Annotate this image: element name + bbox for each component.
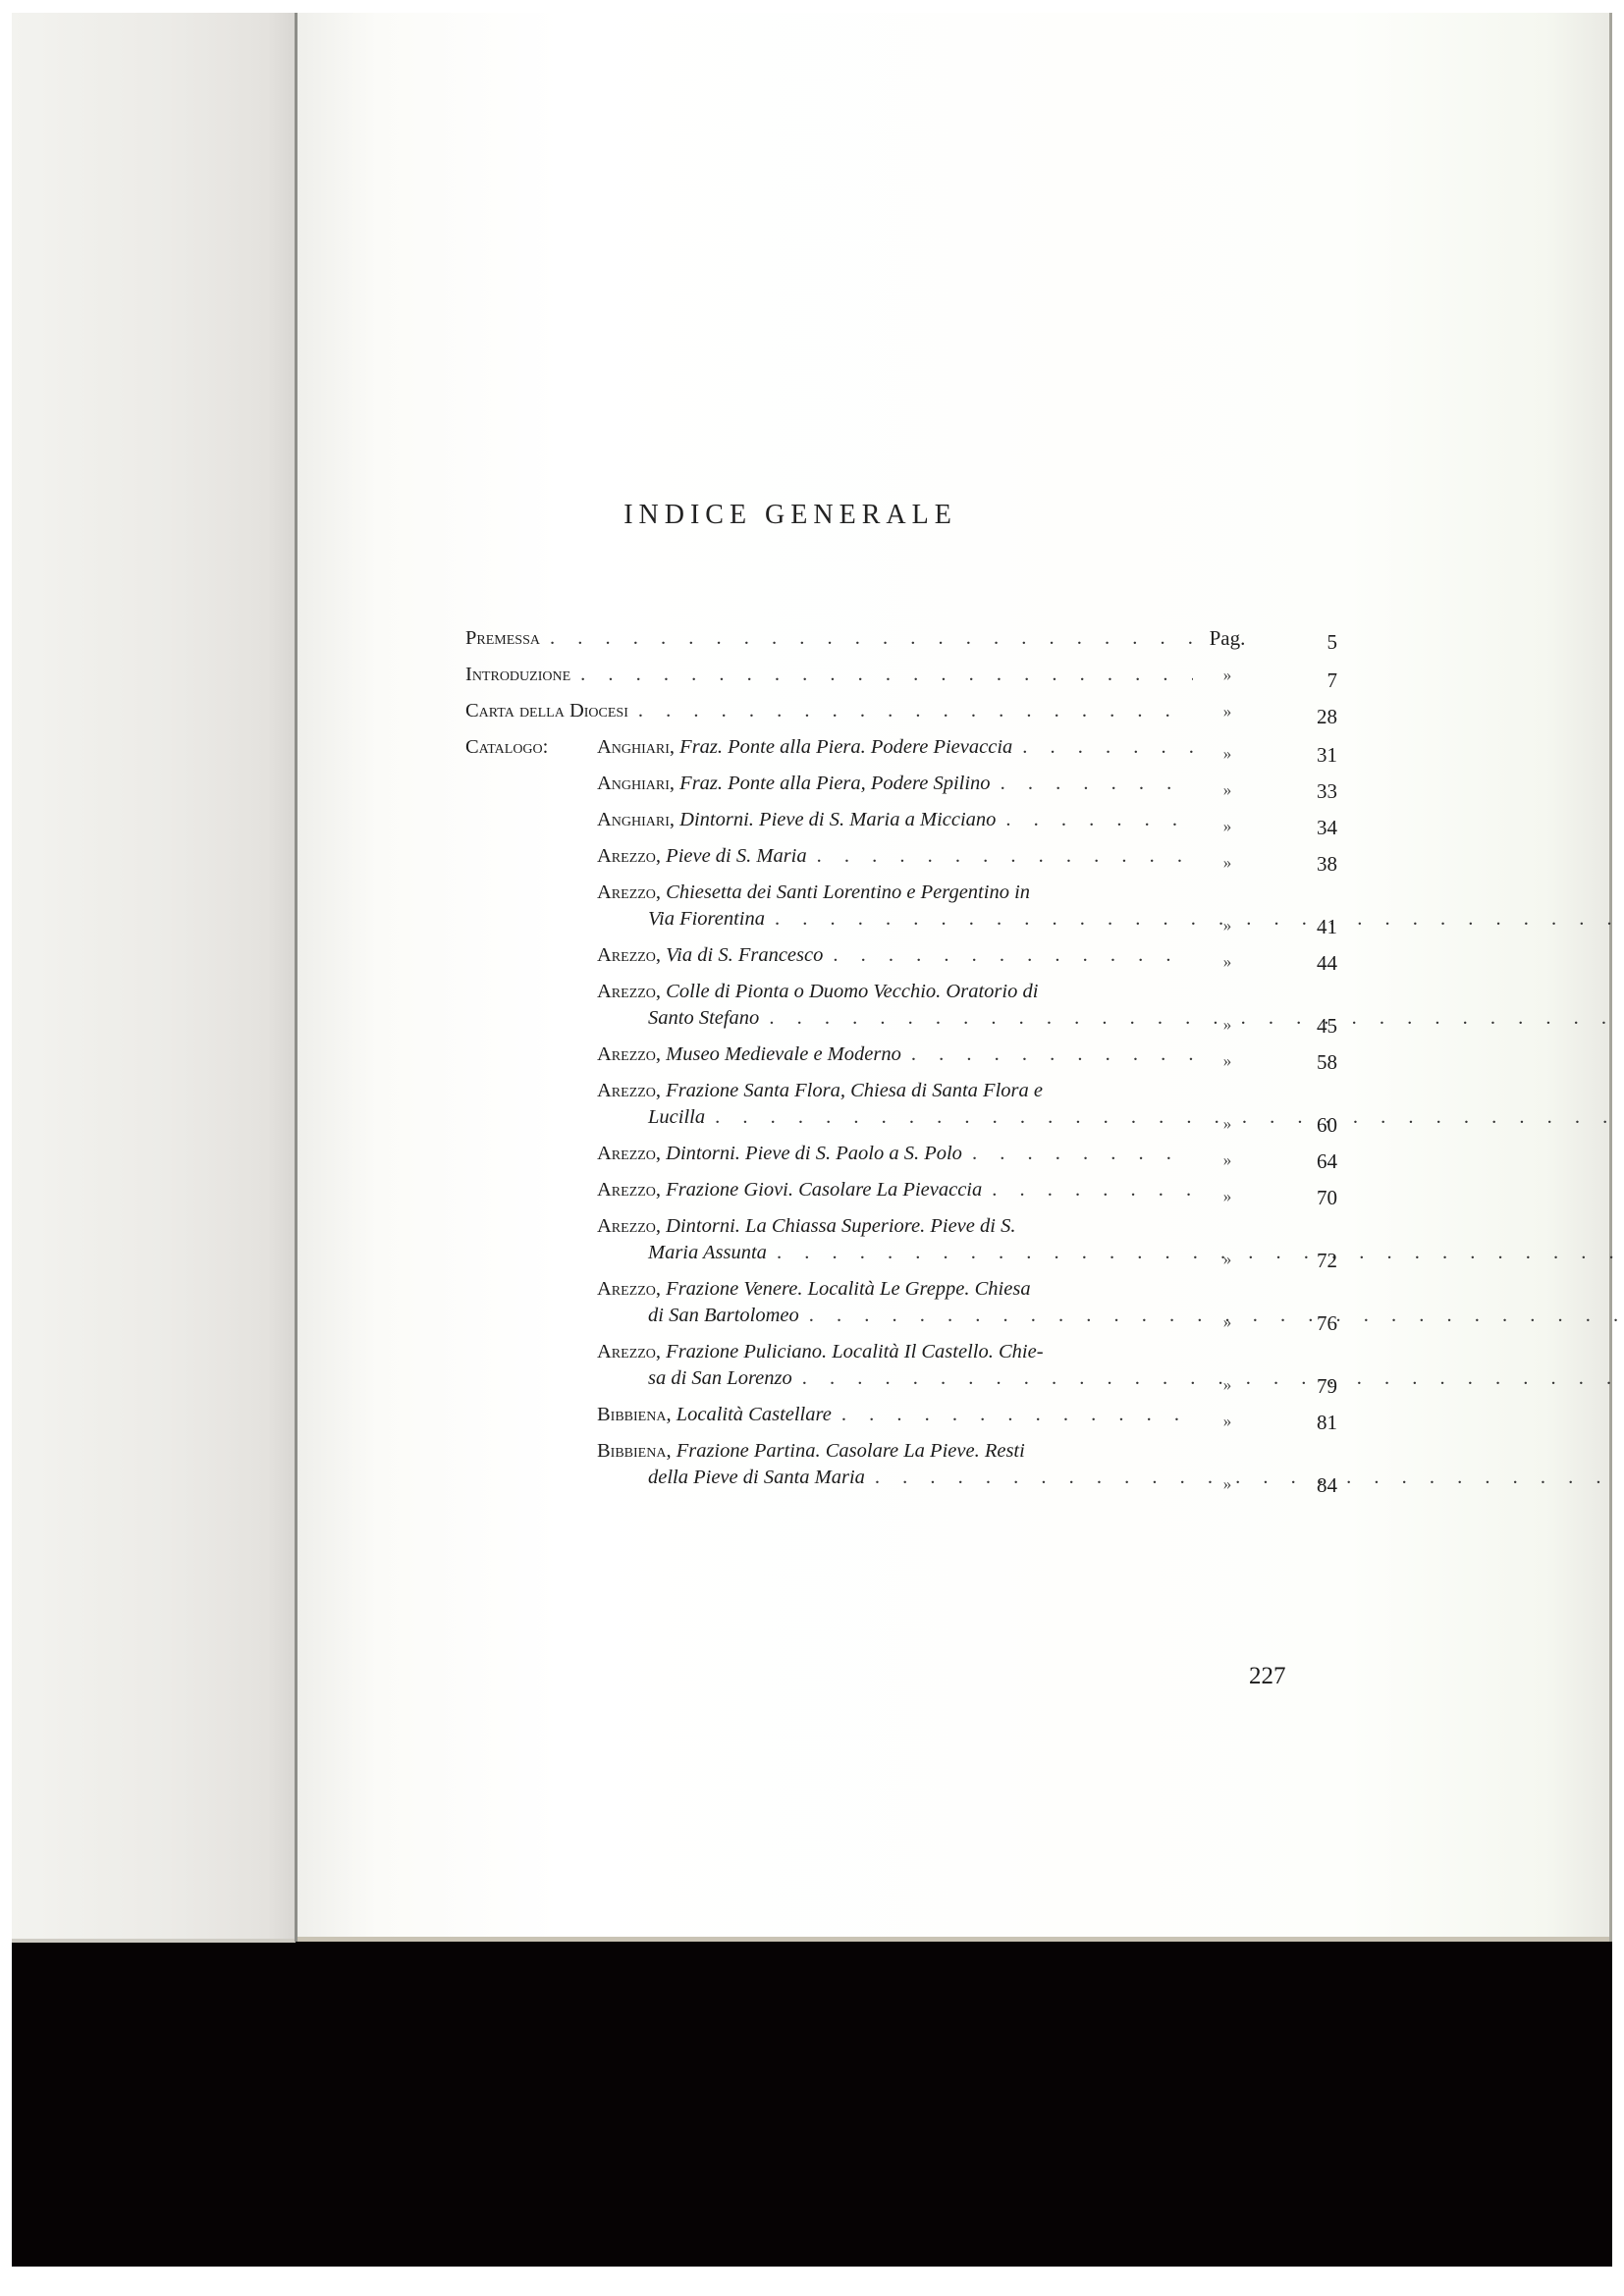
toc-entry[interactable]: Bibbiena, Frazione Partina. Casolare La … xyxy=(465,1438,1337,1491)
toc-entry[interactable]: Arezzo, Colle di Pionta o Duomo Vecchio.… xyxy=(465,979,1337,1032)
place-name: Bibbiena, xyxy=(597,1404,677,1425)
dot-leader: . . . . . . . . . . . . . . . . . . . . … xyxy=(540,625,1193,652)
toc-entry[interactable]: Introduzione. . . . . . . . . . . . . . … xyxy=(465,662,1337,688)
entry-line: Arezzo, Museo Medievale e Moderno. . . .… xyxy=(597,1041,1193,1068)
entry-line: Maria Assunta. . . . . . . . . . . . . .… xyxy=(597,1240,1193,1266)
entry-description: Dintorni. Pieve di S. Paolo a S. Polo xyxy=(666,1143,962,1164)
toc-entry-title: Bibbiena, Frazione Partina. Casolare La … xyxy=(465,1438,1193,1491)
dot-leader: . . . . . . . . . . . . . . . . . . . . … xyxy=(962,1141,1193,1167)
entry-description: Museo Medievale e Moderno xyxy=(666,1043,901,1065)
toc-entry[interactable]: Arezzo, Frazione Puliciano. Località Il … xyxy=(465,1339,1337,1392)
toc-entry-title: Anghiari, Dintorni. Pieve di S. Maria a … xyxy=(465,807,1193,833)
place-name: Arezzo, xyxy=(597,944,666,966)
toc-entry[interactable]: Catalogo:Anghiari, Fraz. Ponte alla Pier… xyxy=(465,734,1337,761)
entry-description: Località Castellare xyxy=(677,1404,832,1425)
page-ref: 79 xyxy=(1262,1373,1337,1400)
toc-entry[interactable]: Arezzo, Pieve di S. Maria. . . . . . . .… xyxy=(465,843,1337,870)
entry-line: Arezzo, Frazione Santa Flora, Chiesa di … xyxy=(597,1078,1193,1104)
toc-entry[interactable]: Premessa. . . . . . . . . . . . . . . . … xyxy=(465,625,1337,652)
page-ref: 44 xyxy=(1262,950,1337,977)
page-ref: 5 xyxy=(1262,629,1337,656)
place-name: Arezzo, xyxy=(597,1080,666,1101)
entry-text: Lucilla xyxy=(648,1106,705,1128)
dot-leader: . . . . . . . . . . . . . . . . . . . . … xyxy=(991,771,1193,797)
ditto-mark: » xyxy=(1193,1308,1262,1335)
ditto-mark: » xyxy=(1193,912,1262,938)
entry-description: Frazione Giovi. Casolare La Pievaccia xyxy=(666,1179,982,1201)
entry-line: Carta della Diocesi. . . . . . . . . . .… xyxy=(465,698,1193,724)
entry-description: Via di S. Francesco xyxy=(666,944,823,966)
entry-description-cont: Santo Stefano xyxy=(648,1007,759,1029)
place-name: Anghiari, xyxy=(597,809,679,830)
toc-entry-title: Arezzo, Frazione Santa Flora, Chiesa di … xyxy=(465,1078,1193,1131)
toc-entry[interactable]: Arezzo, Dintorni. Pieve di S. Paolo a S.… xyxy=(465,1141,1337,1167)
entry-line: di San Bartolomeo. . . . . . . . . . . .… xyxy=(597,1303,1193,1329)
entry-description-cont: Lucilla xyxy=(648,1106,705,1128)
toc-entry-title: Anghiari, Fraz. Ponte alla Piera, Podere… xyxy=(465,771,1193,797)
page-ref: 33 xyxy=(1262,778,1337,805)
entry-line: Via Fiorentina. . . . . . . . . . . . . … xyxy=(597,906,1193,933)
place-name: Arezzo, xyxy=(597,845,666,867)
dot-leader: . . . . . . . . . . . . . . . . . . . . … xyxy=(832,1402,1193,1428)
entry-line: Arezzo, Dintorni. La Chiassa Superiore. … xyxy=(597,1213,1193,1240)
entry-line: Arezzo, Frazione Giovi. Casolare La Piev… xyxy=(597,1177,1193,1203)
entry-line: Arezzo, Frazione Venere. Località Le Gre… xyxy=(597,1276,1193,1303)
toc-entry[interactable]: Arezzo, Chiesetta dei Santi Lorentino e … xyxy=(465,880,1337,933)
page-ref: 45 xyxy=(1262,1013,1337,1040)
ditto-mark: » xyxy=(1193,1408,1262,1434)
entry-line: Bibbiena, Frazione Partina. Casolare La … xyxy=(597,1438,1193,1465)
dot-leader: . . . . . . . . . . . . . . . . . . . . … xyxy=(807,843,1193,870)
entry-text: Via Fiorentina xyxy=(648,908,765,930)
toc-entry-title: Arezzo, Dintorni. La Chiassa Superiore. … xyxy=(465,1213,1193,1266)
entry-text: sa di San Lorenzo xyxy=(648,1367,792,1389)
page-ref: 38 xyxy=(1262,851,1337,878)
place-name: Anghiari, xyxy=(597,773,679,794)
place-name: Anghiari, xyxy=(597,736,679,758)
entry-text: Arezzo, Museo Medievale e Moderno xyxy=(597,1041,901,1068)
entry-line: Arezzo, Via di S. Francesco. . . . . . .… xyxy=(597,942,1193,969)
entry-line: Bibbiena, Località Castellare. . . . . .… xyxy=(597,1402,1193,1428)
page-ref: 72 xyxy=(1262,1248,1337,1274)
toc-entry-title: Arezzo, Colle di Pionta o Duomo Vecchio.… xyxy=(465,979,1193,1032)
dot-leader: . . . . . . . . . . . . . . . . . . . . … xyxy=(628,698,1193,724)
place-name: Arezzo, xyxy=(597,1215,666,1237)
entry-description-cont: della Pieve di Santa Maria xyxy=(648,1467,865,1488)
entry-line: Anghiari, Fraz. Ponte alla Piera. Podere… xyxy=(597,734,1193,761)
entry-text: Anghiari, Dintorni. Pieve di S. Maria a … xyxy=(597,807,996,833)
entry-text: di San Bartolomeo xyxy=(648,1305,799,1326)
page-ref: 31 xyxy=(1262,742,1337,769)
place-name: Arezzo, xyxy=(597,1341,666,1362)
ditto-mark: » xyxy=(1193,1371,1262,1398)
entry-text: Anghiari, Fraz. Ponte alla Piera. Podere… xyxy=(597,734,1012,761)
scanner-background xyxy=(12,1943,1612,2267)
toc-entry[interactable]: Arezzo, Museo Medievale e Moderno. . . .… xyxy=(465,1041,1337,1068)
ditto-mark: » xyxy=(1193,1183,1262,1209)
place-name: Bibbiena, xyxy=(597,1440,677,1462)
page-number: 227 xyxy=(1249,1663,1286,1690)
dot-leader: . . . . . . . . . . . . . . . . . . . . … xyxy=(570,662,1193,688)
ditto-mark: » xyxy=(1193,1047,1262,1074)
entry-line: Arezzo, Colle di Pionta o Duomo Vecchio.… xyxy=(597,979,1193,1005)
section-name: Carta della Diocesi xyxy=(465,700,628,721)
toc-entry-title: Arezzo, Chiesetta dei Santi Lorentino e … xyxy=(465,880,1193,933)
page-ref: 60 xyxy=(1262,1112,1337,1139)
page-ref: 81 xyxy=(1262,1410,1337,1436)
pag-label: Pag. xyxy=(1193,625,1262,652)
toc-entry[interactable]: Anghiari, Fraz. Ponte alla Piera, Podere… xyxy=(465,771,1337,797)
entry-line: Premessa. . . . . . . . . . . . . . . . … xyxy=(465,625,1193,652)
place-name: Arezzo, xyxy=(597,1278,666,1300)
page-ref: 28 xyxy=(1262,704,1337,730)
place-name: Arezzo, xyxy=(597,1179,666,1201)
toc-entry-title: Premessa. . . . . . . . . . . . . . . . … xyxy=(465,625,1193,652)
entry-description: Frazione Puliciano. Località Il Castello… xyxy=(666,1341,1043,1362)
toc-entry-title: Introduzione. . . . . . . . . . . . . . … xyxy=(465,662,1193,688)
place-name: Arezzo, xyxy=(597,1043,666,1065)
entry-line: Santo Stefano. . . . . . . . . . . . . .… xyxy=(597,1005,1193,1032)
entry-text: Introduzione xyxy=(465,662,570,688)
entry-text: Santo Stefano xyxy=(648,1007,759,1029)
page-edge xyxy=(1609,13,1612,1942)
place-name: Arezzo, xyxy=(597,981,666,1002)
dot-leader: . . . . . . . . . . . . . . . . . . . . … xyxy=(996,807,1193,833)
dot-leader: . . . . . . . . . . . . . . . . . . . . … xyxy=(759,1007,1624,1029)
ditto-mark: » xyxy=(1193,698,1262,724)
page-ref: 84 xyxy=(1262,1472,1337,1499)
page-ref: 76 xyxy=(1262,1310,1337,1337)
left-page-edge xyxy=(12,13,296,1943)
toc-entry-title: Arezzo, Pieve di S. Maria. . . . . . . .… xyxy=(465,843,1193,870)
page-ref: 70 xyxy=(1262,1185,1337,1211)
entry-description: Colle di Pionta o Duomo Vecchio. Oratori… xyxy=(666,981,1038,1002)
section-name: Introduzione xyxy=(465,664,570,685)
ditto-mark: » xyxy=(1193,1246,1262,1272)
entry-text: Arezzo, Dintorni. Pieve di S. Paolo a S.… xyxy=(597,1141,962,1167)
dot-leader: . . . . . . . . . . . . . . . . . . . . … xyxy=(1012,734,1193,761)
dot-leader: . . . . . . . . . . . . . . . . . . . . … xyxy=(982,1177,1193,1203)
dot-leader: . . . . . . . . . . . . . . . . . . . . … xyxy=(823,942,1193,969)
ditto-mark: » xyxy=(1193,776,1262,803)
ditto-mark: » xyxy=(1193,813,1262,839)
entry-line: Lucilla. . . . . . . . . . . . . . . . .… xyxy=(597,1104,1193,1131)
entry-line: Anghiari, Fraz. Ponte alla Piera, Podere… xyxy=(597,771,1193,797)
page-ref: 64 xyxy=(1262,1148,1337,1175)
toc-entry-title: Arezzo, Dintorni. Pieve di S. Paolo a S.… xyxy=(465,1141,1193,1167)
toc-entry-title: Arezzo, Museo Medievale e Moderno. . . .… xyxy=(465,1041,1193,1068)
toc-entry-title: Arezzo, Frazione Puliciano. Località Il … xyxy=(465,1339,1193,1392)
page-ref: 34 xyxy=(1262,815,1337,841)
toc-entry[interactable]: Carta della Diocesi. . . . . . . . . . .… xyxy=(465,698,1337,724)
entry-text: Arezzo, Pieve di S. Maria xyxy=(597,843,807,870)
entry-description-cont: sa di San Lorenzo xyxy=(648,1367,792,1389)
entry-description: Frazione Venere. Località Le Greppe. Chi… xyxy=(666,1278,1030,1300)
entry-description: Fraz. Ponte alla Piera. Podere Pievaccia xyxy=(679,736,1012,758)
section-name: Premessa xyxy=(465,627,540,649)
ditto-mark: » xyxy=(1193,1470,1262,1497)
table-of-contents: Premessa. . . . . . . . . . . . . . . . … xyxy=(465,625,1337,1501)
entry-text: Arezzo, Via di S. Francesco xyxy=(597,942,823,969)
entry-line: Arezzo, Chiesetta dei Santi Lorentino e … xyxy=(597,880,1193,906)
dot-leader: . . . . . . . . . . . . . . . . . . . . … xyxy=(901,1041,1193,1068)
page-ref: 41 xyxy=(1262,914,1337,940)
place-name: Arezzo, xyxy=(597,1143,666,1164)
ditto-mark: » xyxy=(1193,1011,1262,1038)
page-ref: 7 xyxy=(1262,667,1337,694)
toc-entry-title: Bibbiena, Località Castellare. . . . . .… xyxy=(465,1402,1193,1428)
entry-text: Maria Assunta xyxy=(648,1242,767,1263)
toc-entry[interactable]: Anghiari, Dintorni. Pieve di S. Maria a … xyxy=(465,807,1337,833)
page-ref: 58 xyxy=(1262,1049,1337,1076)
ditto-mark: » xyxy=(1193,849,1262,876)
entry-text: Carta della Diocesi xyxy=(465,698,628,724)
entry-text: Arezzo, Frazione Giovi. Casolare La Piev… xyxy=(597,1177,982,1203)
toc-entry-title: Arezzo, Frazione Venere. Località Le Gre… xyxy=(465,1276,1193,1329)
entry-description: Frazione Partina. Casolare La Pieve. Res… xyxy=(677,1440,1025,1462)
entry-description: Dintorni. La Chiassa Superiore. Pieve di… xyxy=(666,1215,1015,1237)
entry-line: Arezzo, Pieve di S. Maria. . . . . . . .… xyxy=(597,843,1193,870)
toc-entry-title: Anghiari, Fraz. Ponte alla Piera. Podere… xyxy=(465,734,1193,761)
entry-description: Fraz. Ponte alla Piera, Podere Spilino xyxy=(679,773,990,794)
ditto-mark: » xyxy=(1193,1147,1262,1173)
dot-leader: . . . . . . . . . . . . . . . . . . . . … xyxy=(705,1106,1624,1128)
ditto-mark: » xyxy=(1193,662,1262,688)
entry-description: Pieve di S. Maria xyxy=(666,845,806,867)
entry-text: Anghiari, Fraz. Ponte alla Piera, Podere… xyxy=(597,771,991,797)
entry-description: Frazione Santa Flora, Chiesa di Santa Fl… xyxy=(666,1080,1043,1101)
toc-entry[interactable]: Arezzo, Frazione Venere. Località Le Gre… xyxy=(465,1276,1337,1329)
entry-description-cont: di San Bartolomeo xyxy=(648,1305,799,1326)
entry-description-cont: Maria Assunta xyxy=(648,1242,767,1263)
entry-text: Premessa xyxy=(465,625,540,652)
place-name: Arezzo, xyxy=(597,881,666,903)
entry-text: Bibbiena, Località Castellare xyxy=(597,1402,832,1428)
toc-entry[interactable]: Arezzo, Frazione Giovi. Casolare La Piev… xyxy=(465,1177,1337,1203)
entry-line: Introduzione. . . . . . . . . . . . . . … xyxy=(465,662,1193,688)
entry-line: Anghiari, Dintorni. Pieve di S. Maria a … xyxy=(597,807,1193,833)
entry-description: Chiesetta dei Santi Lorentino e Pergenti… xyxy=(666,881,1030,903)
toc-entry[interactable]: Arezzo, Dintorni. La Chiassa Superiore. … xyxy=(465,1213,1337,1266)
ditto-mark: » xyxy=(1193,740,1262,767)
ditto-mark: » xyxy=(1193,948,1262,975)
toc-entry-title: Arezzo, Frazione Giovi. Casolare La Piev… xyxy=(465,1177,1193,1203)
entry-line: della Pieve di Santa Maria. . . . . . . … xyxy=(597,1465,1193,1491)
toc-entry-title: Carta della Diocesi. . . . . . . . . . .… xyxy=(465,698,1193,724)
toc-entry[interactable]: Arezzo, Via di S. Francesco. . . . . . .… xyxy=(465,942,1337,969)
entry-description: Dintorni. Pieve di S. Maria a Micciano xyxy=(679,809,996,830)
toc-entry-title: Arezzo, Via di S. Francesco. . . . . . .… xyxy=(465,942,1193,969)
entry-line: Arezzo, Frazione Puliciano. Località Il … xyxy=(597,1339,1193,1365)
page-title: INDICE GENERALE xyxy=(0,500,1602,531)
entry-line: sa di San Lorenzo. . . . . . . . . . . .… xyxy=(597,1365,1193,1392)
entry-line: Arezzo, Dintorni. Pieve di S. Paolo a S.… xyxy=(597,1141,1193,1167)
entry-description-cont: Via Fiorentina xyxy=(648,908,765,930)
toc-entry[interactable]: Bibbiena, Località Castellare. . . . . .… xyxy=(465,1402,1337,1428)
entry-text: della Pieve di Santa Maria xyxy=(648,1467,865,1488)
ditto-mark: » xyxy=(1193,1110,1262,1137)
toc-entry[interactable]: Arezzo, Frazione Santa Flora, Chiesa di … xyxy=(465,1078,1337,1131)
